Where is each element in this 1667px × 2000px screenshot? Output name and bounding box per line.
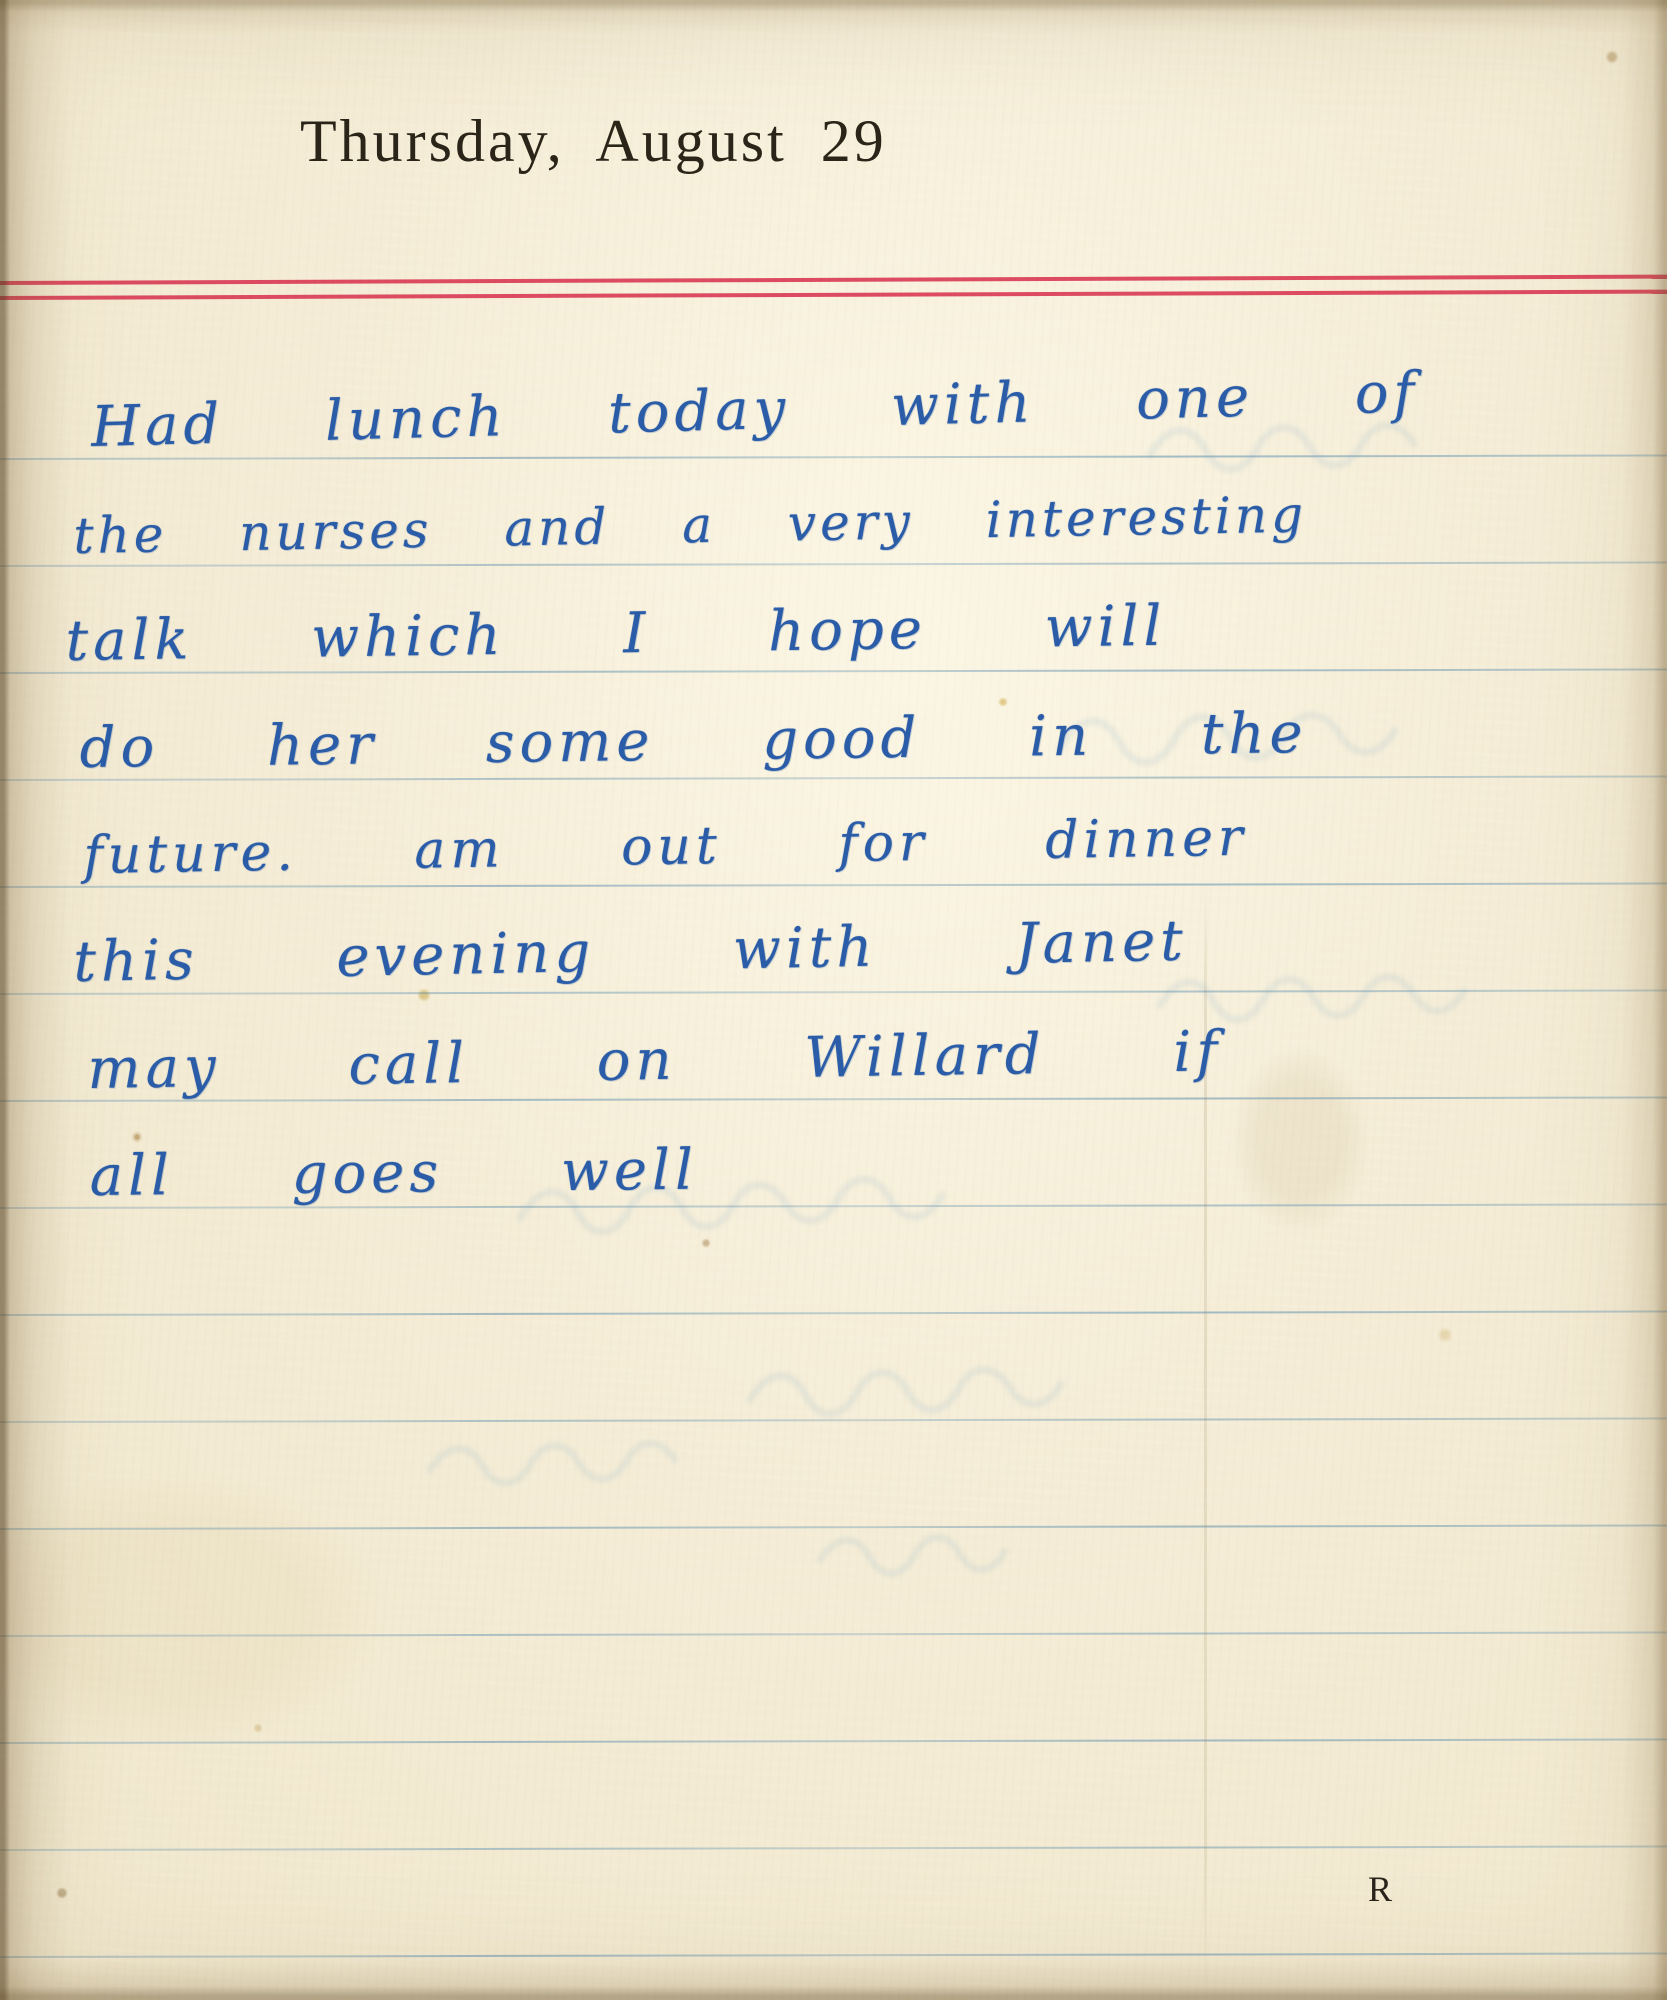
handwritten-line-2: the nurses and a very interesting	[73, 484, 1308, 566]
diary-entry: Had lunch today with one of the nurses a…	[0, 0, 1667, 2000]
handwritten-line-1: Had lunch today with one of	[90, 363, 1420, 458]
handwritten-line-4: do her some good in the	[79, 704, 1308, 779]
handwritten-line-3: talk which I hope will	[65, 597, 1167, 672]
handwritten-line-7: may call on Willard if	[87, 1022, 1222, 1100]
handwritten-line-6: this evening with Janet	[73, 912, 1188, 993]
handwritten-line-5: future. am out for dinner	[83, 808, 1248, 886]
handwritten-line-8: all goes well	[89, 1141, 698, 1207]
diary-page: Thursday, August 29 Had lunch today with…	[0, 0, 1667, 2000]
